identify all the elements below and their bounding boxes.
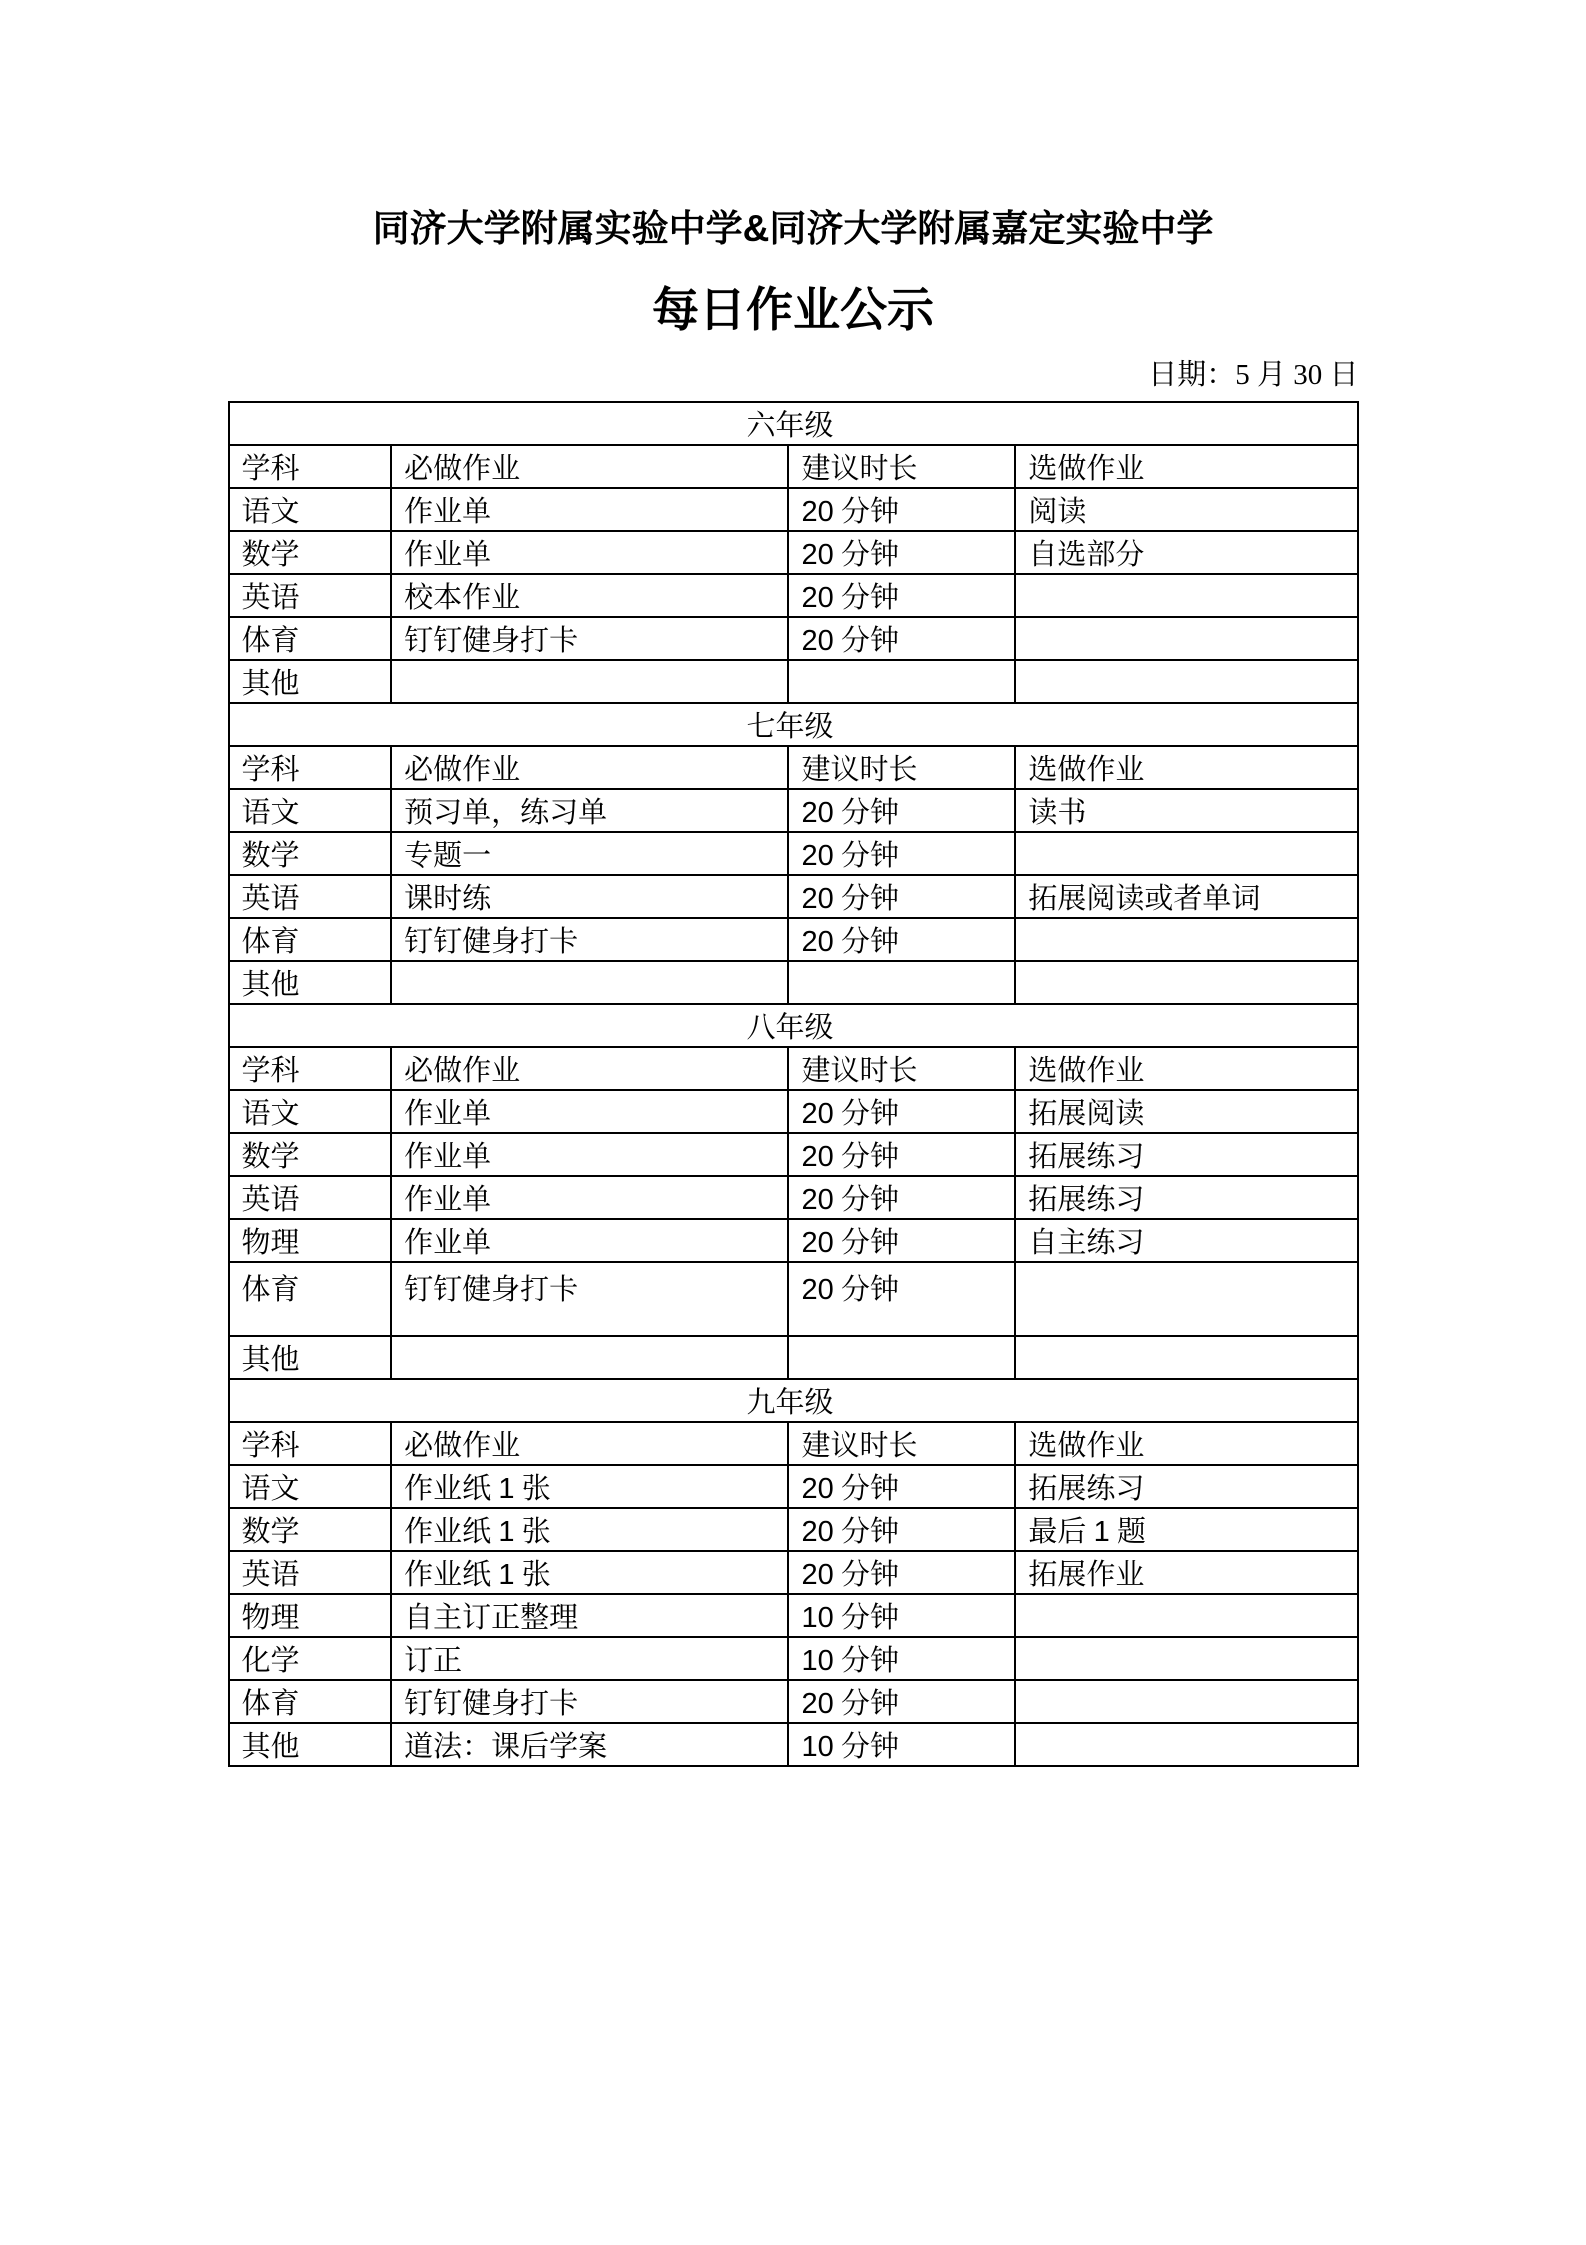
optional-homework-cell (1015, 1594, 1357, 1637)
homework-row: 语文作业纸 1 张20 分钟拓展练习 (229, 1465, 1358, 1508)
column-header: 选做作业 (1015, 746, 1357, 789)
homework-row: 体育钉钉健身打卡20 分钟 (229, 1262, 1358, 1336)
column-header: 建议时长 (788, 1422, 1015, 1465)
grade-section-header: 九年级 (229, 1379, 1358, 1422)
duration-cell: 20 分钟 (788, 1262, 1015, 1336)
subject-cell: 数学 (229, 832, 392, 875)
optional-homework-cell (1015, 574, 1357, 617)
homework-row: 英语校本作业20 分钟 (229, 574, 1358, 617)
grade-section-row: 六年级 (229, 402, 1358, 445)
required-homework-cell: 钉钉健身打卡 (391, 1262, 788, 1336)
optional-homework-cell (1015, 918, 1357, 961)
required-homework-cell: 作业纸 1 张 (391, 1551, 788, 1594)
subject-cell: 体育 (229, 1262, 392, 1336)
required-homework-cell: 钉钉健身打卡 (391, 1680, 788, 1723)
optional-homework-cell (1015, 1637, 1357, 1680)
required-homework-cell (391, 660, 788, 703)
column-header-row: 学科必做作业建议时长选做作业 (229, 1422, 1358, 1465)
subject-cell: 其他 (229, 1723, 392, 1766)
required-homework-cell: 课时练 (391, 875, 788, 918)
homework-row: 其他道法：课后学案10 分钟 (229, 1723, 1358, 1766)
duration-cell: 20 分钟 (788, 1219, 1015, 1262)
column-header: 学科 (229, 1422, 392, 1465)
subject-cell: 体育 (229, 617, 392, 660)
optional-homework-cell: 自选部分 (1015, 531, 1357, 574)
required-homework-cell (391, 1336, 788, 1379)
optional-homework-cell: 拓展作业 (1015, 1551, 1357, 1594)
homework-row: 其他 (229, 660, 1358, 703)
subject-cell: 其他 (229, 961, 392, 1004)
duration-cell: 20 分钟 (788, 1551, 1015, 1594)
duration-cell: 20 分钟 (788, 531, 1015, 574)
document-title: 同济大学附属实验中学&同济大学附属嘉定实验中学 (228, 206, 1359, 252)
optional-homework-cell (1015, 660, 1357, 703)
required-homework-cell: 作业纸 1 张 (391, 1465, 788, 1508)
subject-cell: 化学 (229, 1637, 392, 1680)
column-header-row: 学科必做作业建议时长选做作业 (229, 746, 1358, 789)
duration-cell: 20 分钟 (788, 1133, 1015, 1176)
column-header: 必做作业 (391, 1422, 788, 1465)
duration-cell: 20 分钟 (788, 875, 1015, 918)
subject-cell: 英语 (229, 1176, 392, 1219)
duration-cell (788, 961, 1015, 1004)
homework-row: 语文作业单20 分钟阅读 (229, 488, 1358, 531)
column-header: 建议时长 (788, 445, 1015, 488)
optional-homework-cell (1015, 832, 1357, 875)
subject-cell: 英语 (229, 1551, 392, 1594)
grade-section-row: 七年级 (229, 703, 1358, 746)
optional-homework-cell: 拓展阅读 (1015, 1090, 1357, 1133)
homework-row: 数学作业单20 分钟自选部分 (229, 531, 1358, 574)
duration-cell: 20 分钟 (788, 1508, 1015, 1551)
subject-cell: 体育 (229, 1680, 392, 1723)
duration-cell: 10 分钟 (788, 1594, 1015, 1637)
duration-cell: 20 分钟 (788, 617, 1015, 660)
grade-section-row: 九年级 (229, 1379, 1358, 1422)
required-homework-cell: 作业单 (391, 1176, 788, 1219)
optional-homework-cell (1015, 961, 1357, 1004)
duration-cell: 20 分钟 (788, 789, 1015, 832)
required-homework-cell: 作业单 (391, 1090, 788, 1133)
column-header: 建议时长 (788, 1047, 1015, 1090)
homework-row: 语文预习单，练习单20 分钟读书 (229, 789, 1358, 832)
optional-homework-cell: 拓展练习 (1015, 1176, 1357, 1219)
date-label: 日期：5 月 30 日 (228, 352, 1359, 393)
column-header-row: 学科必做作业建议时长选做作业 (229, 445, 1358, 488)
homework-row: 英语作业单20 分钟拓展练习 (229, 1176, 1358, 1219)
required-homework-cell: 作业纸 1 张 (391, 1508, 788, 1551)
column-header: 学科 (229, 746, 392, 789)
homework-row: 其他 (229, 1336, 1358, 1379)
optional-homework-cell: 拓展阅读或者单词 (1015, 875, 1357, 918)
required-homework-cell: 道法：课后学案 (391, 1723, 788, 1766)
subject-cell: 语文 (229, 1465, 392, 1508)
homework-row: 英语课时练20 分钟拓展阅读或者单词 (229, 875, 1358, 918)
required-homework-cell: 作业单 (391, 488, 788, 531)
subject-cell: 语文 (229, 1090, 392, 1133)
subject-cell: 数学 (229, 531, 392, 574)
column-header: 必做作业 (391, 445, 788, 488)
subject-cell: 语文 (229, 488, 392, 531)
subject-cell: 其他 (229, 660, 392, 703)
duration-cell (788, 1336, 1015, 1379)
duration-cell: 20 分钟 (788, 1465, 1015, 1508)
subject-cell: 英语 (229, 574, 392, 617)
homework-row: 语文作业单20 分钟拓展阅读 (229, 1090, 1358, 1133)
optional-homework-cell: 拓展练习 (1015, 1465, 1357, 1508)
required-homework-cell: 作业单 (391, 531, 788, 574)
required-homework-cell: 作业单 (391, 1133, 788, 1176)
optional-homework-cell: 阅读 (1015, 488, 1357, 531)
column-header: 学科 (229, 1047, 392, 1090)
homework-row: 化学订正10 分钟 (229, 1637, 1358, 1680)
duration-cell: 20 分钟 (788, 832, 1015, 875)
homework-row: 物理作业单20 分钟自主练习 (229, 1219, 1358, 1262)
homework-row: 英语作业纸 1 张20 分钟拓展作业 (229, 1551, 1358, 1594)
duration-cell: 20 分钟 (788, 1680, 1015, 1723)
subject-cell: 物理 (229, 1594, 392, 1637)
grade-section-header: 七年级 (229, 703, 1358, 746)
duration-cell: 20 分钟 (788, 1090, 1015, 1133)
column-header: 必做作业 (391, 1047, 788, 1090)
document-page: 同济大学附属实验中学&同济大学附属嘉定实验中学 每日作业公示 日期：5 月 30… (0, 0, 1586, 2245)
optional-homework-cell (1015, 1723, 1357, 1766)
subject-cell: 体育 (229, 918, 392, 961)
optional-homework-cell: 自主练习 (1015, 1219, 1357, 1262)
required-homework-cell: 校本作业 (391, 574, 788, 617)
homework-row: 体育钉钉健身打卡20 分钟 (229, 617, 1358, 660)
homework-row: 其他 (229, 961, 1358, 1004)
grade-section-header: 八年级 (229, 1004, 1358, 1047)
column-header: 选做作业 (1015, 1047, 1357, 1090)
duration-cell: 20 分钟 (788, 918, 1015, 961)
homework-row: 数学作业单20 分钟拓展练习 (229, 1133, 1358, 1176)
duration-cell: 10 分钟 (788, 1723, 1015, 1766)
duration-cell: 20 分钟 (788, 1176, 1015, 1219)
homework-row: 体育钉钉健身打卡20 分钟 (229, 918, 1358, 961)
homework-row: 体育钉钉健身打卡20 分钟 (229, 1680, 1358, 1723)
required-homework-cell: 钉钉健身打卡 (391, 918, 788, 961)
document-subtitle: 每日作业公示 (228, 284, 1359, 336)
homework-table: 六年级学科必做作业建议时长选做作业语文作业单20 分钟阅读数学作业单20 分钟自… (228, 401, 1359, 1767)
required-homework-cell (391, 961, 788, 1004)
required-homework-cell: 作业单 (391, 1219, 788, 1262)
optional-homework-cell (1015, 1680, 1357, 1723)
optional-homework-cell: 读书 (1015, 789, 1357, 832)
optional-homework-cell (1015, 617, 1357, 660)
subject-cell: 物理 (229, 1219, 392, 1262)
document-content: 同济大学附属实验中学&同济大学附属嘉定实验中学 每日作业公示 日期：5 月 30… (228, 206, 1359, 1767)
duration-cell (788, 660, 1015, 703)
homework-row: 物理自主订正整理10 分钟 (229, 1594, 1358, 1637)
optional-homework-cell: 拓展练习 (1015, 1133, 1357, 1176)
column-header: 选做作业 (1015, 445, 1357, 488)
optional-homework-cell: 最后 1 题 (1015, 1508, 1357, 1551)
homework-row: 数学专题一20 分钟 (229, 832, 1358, 875)
required-homework-cell: 订正 (391, 1637, 788, 1680)
required-homework-cell: 自主订正整理 (391, 1594, 788, 1637)
duration-cell: 20 分钟 (788, 488, 1015, 531)
grade-section-row: 八年级 (229, 1004, 1358, 1047)
subject-cell: 其他 (229, 1336, 392, 1379)
required-homework-cell: 专题一 (391, 832, 788, 875)
subject-cell: 数学 (229, 1133, 392, 1176)
column-header: 选做作业 (1015, 1422, 1357, 1465)
subject-cell: 数学 (229, 1508, 392, 1551)
column-header: 建议时长 (788, 746, 1015, 789)
subject-cell: 语文 (229, 789, 392, 832)
column-header: 必做作业 (391, 746, 788, 789)
subject-cell: 英语 (229, 875, 392, 918)
duration-cell: 20 分钟 (788, 574, 1015, 617)
duration-cell: 10 分钟 (788, 1637, 1015, 1680)
optional-homework-cell (1015, 1336, 1357, 1379)
grade-section-header: 六年级 (229, 402, 1358, 445)
column-header-row: 学科必做作业建议时长选做作业 (229, 1047, 1358, 1090)
homework-row: 数学作业纸 1 张20 分钟最后 1 题 (229, 1508, 1358, 1551)
optional-homework-cell (1015, 1262, 1357, 1336)
required-homework-cell: 钉钉健身打卡 (391, 617, 788, 660)
required-homework-cell: 预习单，练习单 (391, 789, 788, 832)
column-header: 学科 (229, 445, 392, 488)
